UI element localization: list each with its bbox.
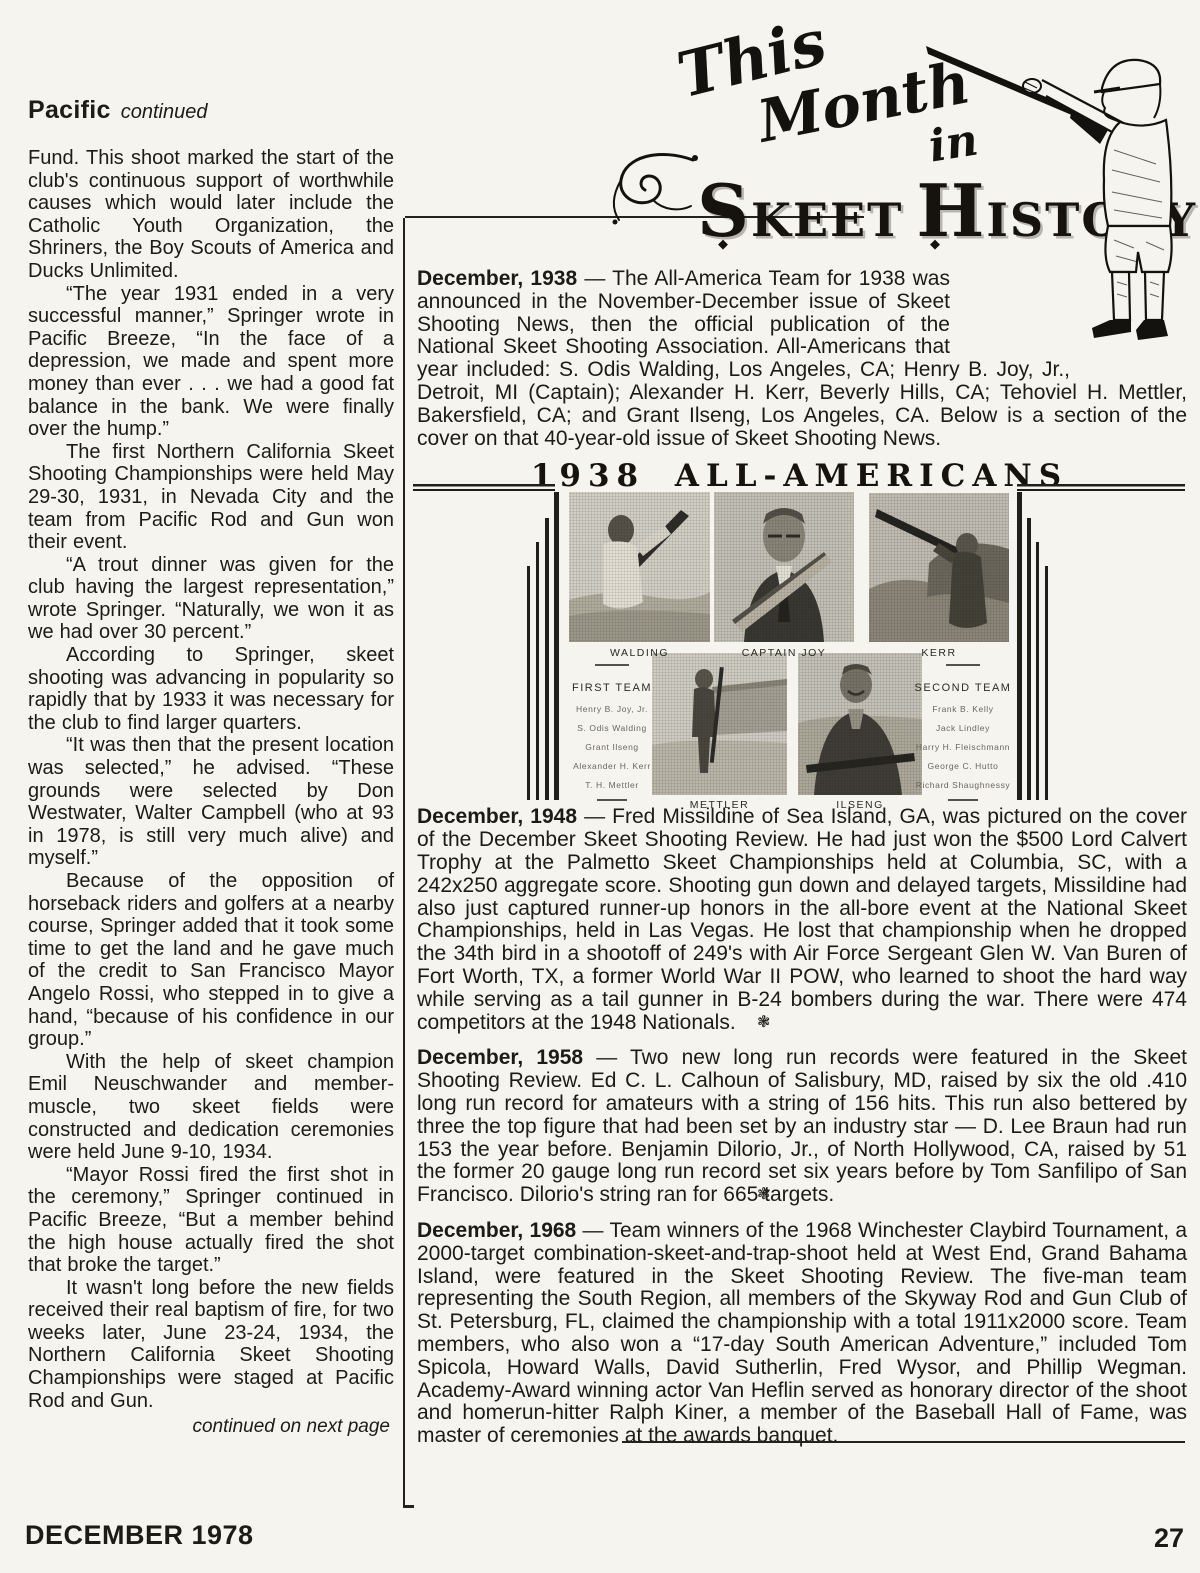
team-label: FIRST TEAM xyxy=(552,682,672,694)
history-entry-text: — Fred Missildine of Sea Island, GA, was… xyxy=(417,805,1187,1033)
title-finial-icon: ◆ xyxy=(718,236,728,252)
team-member-name: S. Odis Walding xyxy=(552,723,672,733)
team-member-name: Jack Lindley xyxy=(903,723,1023,733)
article-paragraph: Because of the opposition of horseback r… xyxy=(28,870,394,1051)
article-paragraph: With the help of skeet champion Emil Neu… xyxy=(28,1051,394,1164)
continued-note: continued on next page xyxy=(28,1416,394,1438)
history-entry-1968: December, 1968 — Team winners of the 196… xyxy=(417,1220,1187,1448)
team-divider xyxy=(948,799,978,801)
team-member-name: Frank B. Kelly xyxy=(903,704,1023,714)
team-member-name: Alexander H. Kerr xyxy=(552,761,672,771)
history-entry-date: December, 1948 xyxy=(417,805,577,828)
article-heading-title: Pacific xyxy=(28,96,111,124)
photo-caption: CAPTAIN JOY xyxy=(714,647,854,659)
skeet-shooter-illustration xyxy=(924,30,1196,345)
article-paragraph: “Mayor Rossi fired the first shot in the… xyxy=(28,1164,394,1277)
team-member-name: T. H. Mettler xyxy=(552,780,672,790)
masthead-skeet-rest: KEET xyxy=(751,193,903,247)
team-member-name: Harry H. Fleischmann xyxy=(903,742,1023,752)
leaf-ornament-icon: ❃ xyxy=(757,1184,770,1207)
team-member-name: Henry B. Joy, Jr. xyxy=(552,704,672,714)
feature-masthead: This Month in SKEETHISTORY ◆ ◆ xyxy=(405,0,1197,352)
photo-kerr xyxy=(869,493,1009,642)
history-entry-text: — Team winners of the 1968 Winchester Cl… xyxy=(417,1219,1187,1447)
photo-walding xyxy=(569,492,710,642)
photo-mettler xyxy=(652,653,787,795)
leaf-ornament-icon: ❃ xyxy=(757,1012,770,1035)
article-paragraph: “The year 1931 ended in a very successfu… xyxy=(28,283,394,441)
feature-corner-foot xyxy=(403,1505,414,1508)
article-paragraph: The first Northern California Skeet Shoo… xyxy=(28,441,394,554)
article-paragraph: “It was then that the present location w… xyxy=(28,734,394,870)
photo-caption: WALDING xyxy=(569,647,710,659)
team-label: SECOND TEAM xyxy=(903,682,1023,694)
history-entry-date: December, 1968 xyxy=(417,1219,576,1242)
history-entry-1948: December, 1948 — Fred Missildine of Sea … xyxy=(417,806,1187,1034)
article-paragraph: According to Springer, skeet shooting wa… xyxy=(28,644,394,734)
history-entry-1958: December, 1958 — Two new long run record… xyxy=(417,1047,1187,1207)
scroll-flourish-icon xyxy=(605,146,700,226)
team-divider xyxy=(946,664,980,666)
history-entry-text: — Two new long run records were featured… xyxy=(417,1046,1187,1206)
first-team-list: FIRST TEAM Henry B. Joy, Jr. S. Odis Wal… xyxy=(552,664,672,801)
photo-caption: KERR xyxy=(869,647,1009,659)
footer-issue-date: DECEMBER 1978 xyxy=(25,1520,254,1551)
photo-captain-joy xyxy=(714,492,854,642)
second-team-list: SECOND TEAM Frank B. Kelly Jack Lindley … xyxy=(903,664,1023,801)
article-heading-note: continued xyxy=(121,101,208,123)
team-member-name: Richard Shaughnessy xyxy=(903,780,1023,790)
footer-page-number: 27 xyxy=(1154,1523,1184,1554)
skeet-history-feature: This Month in SKEETHISTORY ◆ ◆ xyxy=(403,218,1194,1506)
history-entries: December, 1948 — Fred Missildine of Sea … xyxy=(417,806,1187,1448)
team-divider xyxy=(595,664,629,666)
article-paragraph: It wasn't long before the new fields rec… xyxy=(28,1277,394,1413)
team-divider xyxy=(597,799,627,801)
team-member-name: George C. Hutto xyxy=(903,761,1023,771)
article-paragraph: Fund. This shoot marked the start of the… xyxy=(28,147,394,283)
team-member-name: Grant Ilseng xyxy=(552,742,672,752)
article-heading: Pacificcontinued xyxy=(28,96,394,125)
article-paragraph: “A trout dinner was given for the club h… xyxy=(28,554,394,644)
left-article-column: Pacificcontinued Fund. This shoot marked… xyxy=(28,96,394,1438)
all-americans-feature: 1938 ALL-AMERICANS xyxy=(405,458,1194,814)
history-entry-date: December, 1958 xyxy=(417,1046,583,1069)
closing-rule xyxy=(622,1441,1185,1443)
